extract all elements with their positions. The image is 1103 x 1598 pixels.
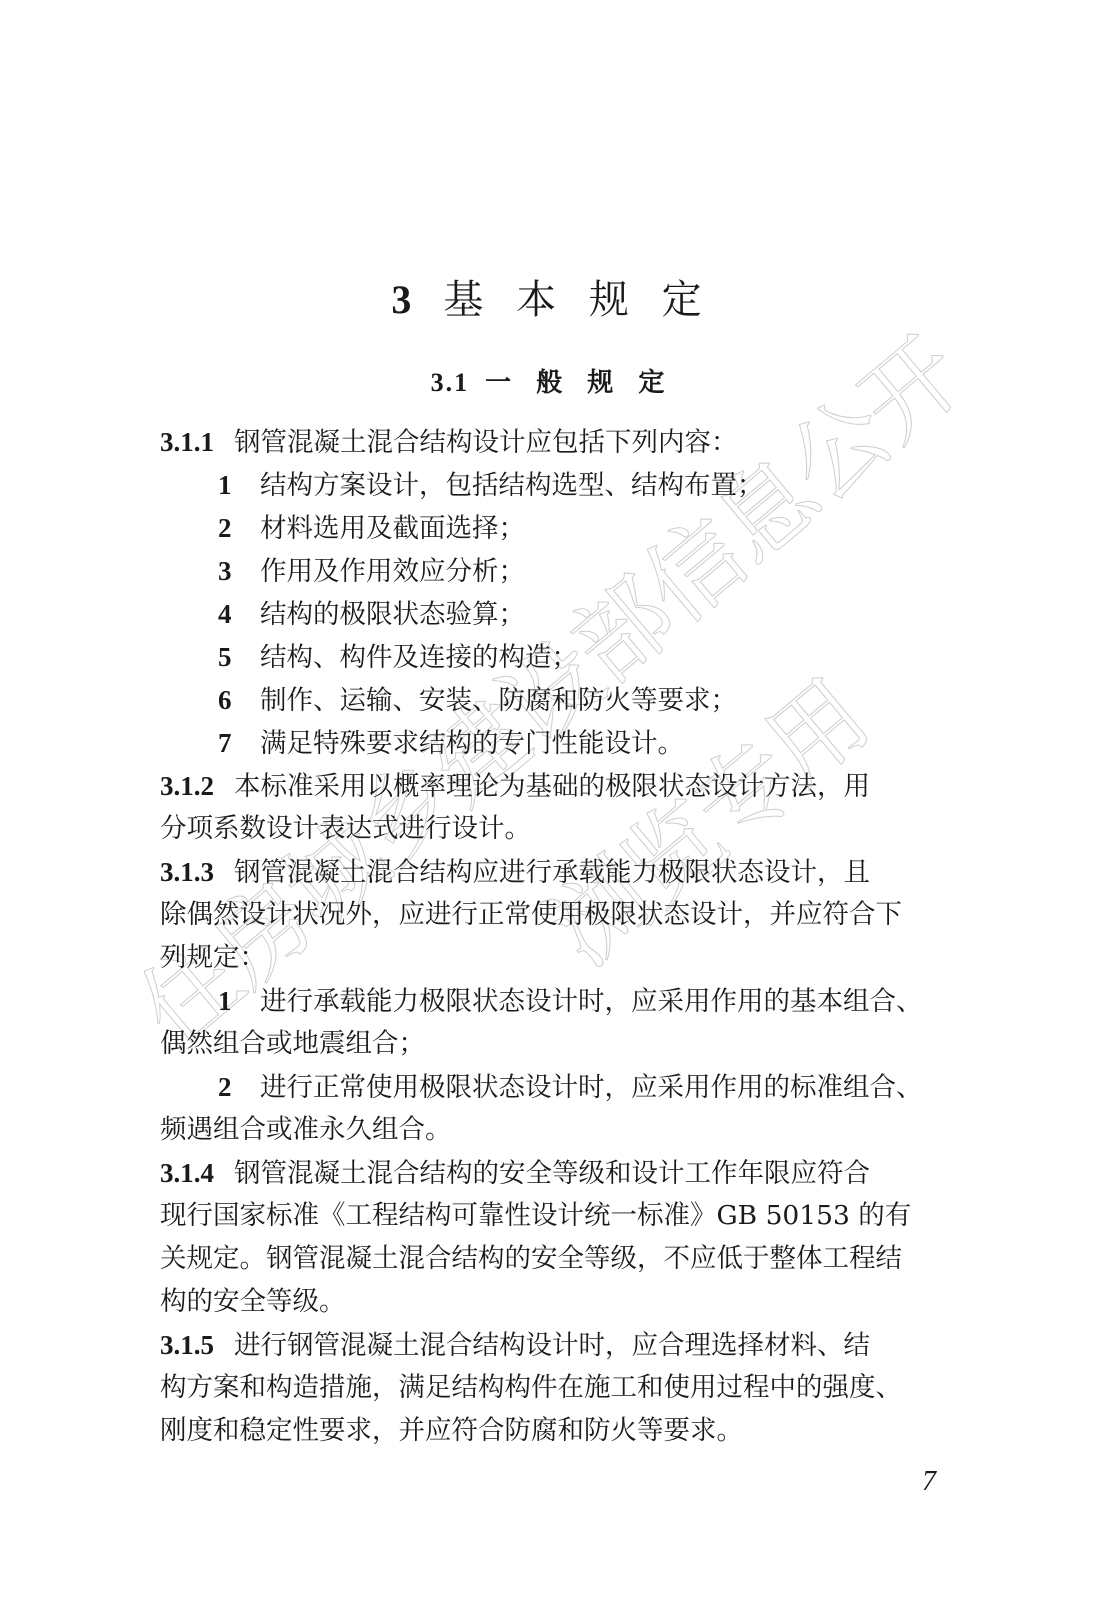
item-text: 结构的极限状态验算； — [260, 599, 525, 630]
clause-text: 本标准采用以概率理论为基础的极限状态设计方法，用 — [234, 771, 870, 802]
section-title: 3.1一 般 规 定 — [0, 362, 1103, 399]
list-item: 6制作、运输、安装、防腐和防火等要求； — [218, 680, 1028, 721]
clause-number: 3.1.3 — [160, 857, 214, 887]
item-text: 进行正常使用极限状态设计时，应采用作用的标准组合、 — [260, 1072, 923, 1103]
page-number: 7 — [922, 1466, 936, 1498]
list-item: 4结构的极限状态验算； — [218, 594, 1028, 635]
section-title-text: 一 般 规 定 — [485, 368, 672, 398]
item-text: 作用及作用效应分析； — [260, 556, 525, 587]
clause-text-line: 刚度和稳定性要求，并应符合防腐和防火等要求。 — [160, 1411, 970, 1451]
list-item: 1进行承载能力极限状态设计时，应采用作用的基本组合、 — [218, 981, 1028, 1022]
item-number: 7 — [218, 723, 260, 763]
item-number: 1 — [218, 465, 260, 505]
item-text: 材料选用及截面选择； — [260, 513, 525, 544]
chapter-title-text: 基 本 规 定 — [443, 277, 711, 323]
chapter-title: 3基 本 规 定 — [0, 268, 1103, 325]
item-number: 6 — [218, 680, 260, 720]
clause-number: 3.1.5 — [160, 1330, 214, 1360]
clause-text: 钢管混凝土混合结构应进行承载能力极限状态设计，且 — [234, 857, 870, 888]
list-item: 2进行正常使用极限状态设计时，应采用作用的标准组合、 — [218, 1067, 1028, 1108]
item-text: 进行承载能力极限状态设计时，应采用作用的基本组合、 — [260, 986, 923, 1017]
clause-3-1-2: 3.1.2本标准采用以概率理论为基础的极限状态设计方法，用 — [160, 766, 970, 807]
clause-3-1-1: 3.1.1钢管混凝土混合结构设计应包括下列内容： — [160, 422, 970, 463]
item-text: 满足特殊要求结构的专门性能设计。 — [260, 728, 684, 759]
clause-text-line: 关规定。钢管混凝土混合结构的安全等级，不应低于整体工程结 — [160, 1239, 970, 1279]
clause-text-line: 除偶然设计状况外，应进行正常使用极限状态设计，并应符合下 — [160, 895, 970, 935]
item-text: 结构方案设计，包括结构选型、结构布置； — [260, 470, 764, 501]
item-number: 3 — [218, 551, 260, 591]
item-number: 2 — [218, 508, 260, 548]
list-item: 5结构、构件及连接的构造； — [218, 637, 1028, 678]
clause-text-line: 现行国家标准《工程结构可靠性设计统一标准》GB 50153 的有 — [160, 1196, 970, 1236]
clause-text: 钢管混凝土混合结构的安全等级和设计工作年限应符合 — [234, 1158, 870, 1189]
clause-3-1-4: 3.1.4钢管混凝土混合结构的安全等级和设计工作年限应符合 — [160, 1153, 970, 1194]
clause-text: 进行钢管混凝土混合结构设计时，应合理选择材料、结 — [234, 1330, 870, 1361]
clause-number: 3.1.1 — [160, 427, 214, 457]
clause-3-1-5: 3.1.5进行钢管混凝土混合结构设计时，应合理选择材料、结 — [160, 1325, 970, 1366]
item-number: 1 — [218, 981, 260, 1021]
clause-number: 3.1.4 — [160, 1158, 214, 1188]
list-item: 7满足特殊要求结构的专门性能设计。 — [218, 723, 1028, 764]
clause-text: 钢管混凝土混合结构设计应包括下列内容： — [234, 427, 738, 458]
item-number: 5 — [218, 637, 260, 677]
item-text: 制作、运输、安装、防腐和防火等要求； — [260, 685, 737, 716]
chapter-number: 3 — [391, 277, 421, 322]
list-item: 2材料选用及截面选择； — [218, 508, 1028, 549]
document-page: 住房城乡建设部信息公开 浏览专用 3基 本 规 定 3.1一 般 规 定 3.1… — [0, 0, 1103, 1598]
clause-text-line: 分项系数设计表达式进行设计。 — [160, 809, 970, 849]
section-number: 3.1 — [431, 368, 470, 397]
clause-text-line: 偶然组合或地震组合； — [160, 1024, 970, 1064]
item-text: 结构、构件及连接的构造； — [260, 642, 578, 673]
clause-text-line: 频遇组合或准永久组合。 — [160, 1110, 970, 1150]
clause-3-1-3: 3.1.3钢管混凝土混合结构应进行承载能力极限状态设计，且 — [160, 852, 970, 893]
clause-text-line: 构的安全等级。 — [160, 1282, 970, 1322]
list-item: 1结构方案设计，包括结构选型、结构布置； — [218, 465, 1028, 506]
clause-text-line: 列规定： — [160, 938, 970, 978]
item-number: 2 — [218, 1067, 260, 1107]
list-item: 3作用及作用效应分析； — [218, 551, 1028, 592]
clause-text-line: 构方案和构造措施，满足结构构件在施工和使用过程中的强度、 — [160, 1368, 970, 1408]
item-number: 4 — [218, 594, 260, 634]
clause-number: 3.1.2 — [160, 771, 214, 801]
